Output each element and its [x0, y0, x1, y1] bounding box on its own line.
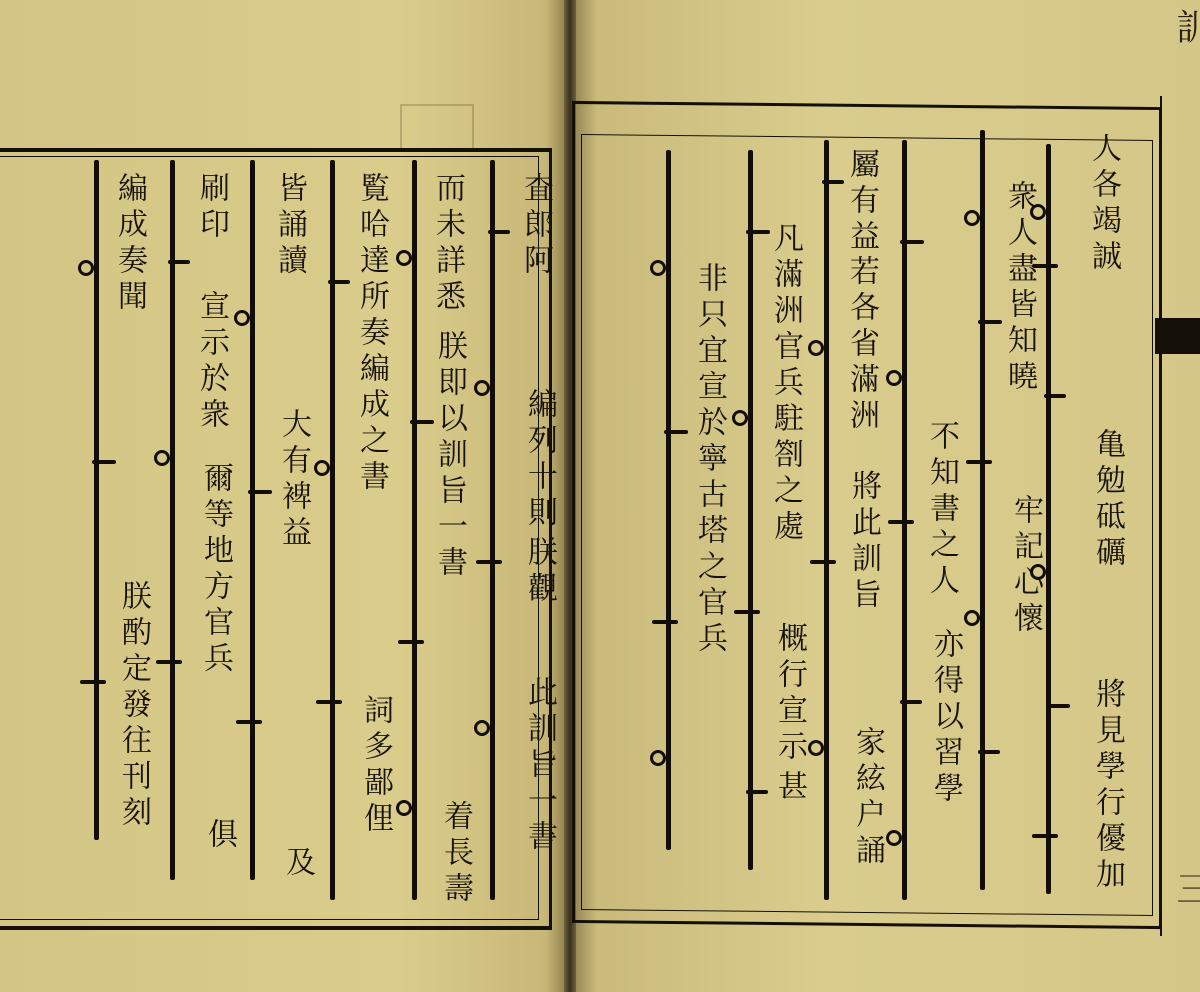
- chinese-column-l4-c: 及: [282, 846, 312, 882]
- chinese-column-r1-a: 人各竭誠: [1088, 132, 1118, 276]
- chinese-column-r3-b: 亦得以習學: [930, 628, 960, 808]
- chinese-column-r5-b: 概行宣示: [774, 622, 804, 766]
- manchu-script-column: [156, 160, 190, 880]
- chinese-column-r4-d: 家絃户誦: [852, 726, 882, 870]
- manchu-script-column: [80, 160, 114, 840]
- chinese-column-l2-a: 而未詳悉: [432, 172, 462, 316]
- manchu-script-column: [398, 160, 432, 900]
- manchu-script-column: [652, 150, 686, 850]
- margin-title-char: 訓: [1166, 8, 1200, 44]
- chinese-column-r4-b: 若各省滿洲: [846, 255, 876, 435]
- chinese-column-l1-a: 査郎阿: [520, 172, 550, 280]
- chinese-column-r6: 非只宜宣於寧古塔之官兵: [694, 262, 724, 658]
- page-number: 三: [1166, 870, 1200, 906]
- manchu-script-column: [810, 140, 844, 900]
- manchu-script-column: [236, 160, 270, 880]
- fish-tail-marker: [1155, 318, 1200, 354]
- chinese-column-l1-c: 朕觀: [524, 536, 554, 608]
- chinese-column-l2-c: 着長壽: [440, 800, 470, 908]
- chinese-column-l6-b: 朕酌定發往刊刻: [118, 580, 148, 832]
- page-margin-strip: [1160, 96, 1200, 936]
- chinese-column-l4-b: 大有裨益: [278, 408, 308, 552]
- chinese-column-r4-c: 將此訓旨: [848, 470, 878, 614]
- chinese-column-r3-a: 不知書之人: [926, 420, 956, 600]
- chinese-column-l6-a: 編成奏聞: [114, 172, 144, 316]
- chinese-column-l5-b: 宣示於衆: [196, 290, 226, 434]
- manchu-script-column: [316, 160, 350, 900]
- chinese-column-r4-a: 屬有益: [846, 148, 876, 256]
- manchu-script-column: [966, 130, 1000, 890]
- chinese-column-l3-a: 覧哈達所奏編成之書: [356, 172, 386, 496]
- chinese-column-r1-b: 亀勉砥礪: [1092, 428, 1122, 572]
- manchu-script-column: [734, 150, 768, 870]
- chinese-column-r1-c: 將見學行優加: [1092, 678, 1122, 894]
- faded-seal-stamp: [400, 104, 474, 152]
- chinese-column-r5-c: 甚: [774, 770, 804, 806]
- chinese-column-l5-a: 刷印: [196, 172, 226, 244]
- chinese-column-l2-b: 朕即以訓旨一書: [434, 330, 464, 582]
- chinese-column-l1-b: 編列十則: [524, 388, 554, 532]
- manchu-script-column: [476, 160, 510, 900]
- manchu-script-column: [1032, 144, 1066, 894]
- chinese-column-r5-a: 凡滿洲官兵駐劄之處: [770, 222, 800, 546]
- chinese-column-l4-a: 皆誦讀: [274, 172, 304, 280]
- chinese-column-l3-b: 詞多鄙俚: [360, 694, 390, 838]
- chinese-column-l1-d: 此訓旨一書: [524, 676, 554, 856]
- chinese-column-l5-d: 俱: [204, 818, 234, 854]
- chinese-column-l5-c: 爾等地方官兵: [200, 462, 230, 678]
- manchu-script-column: [888, 140, 922, 900]
